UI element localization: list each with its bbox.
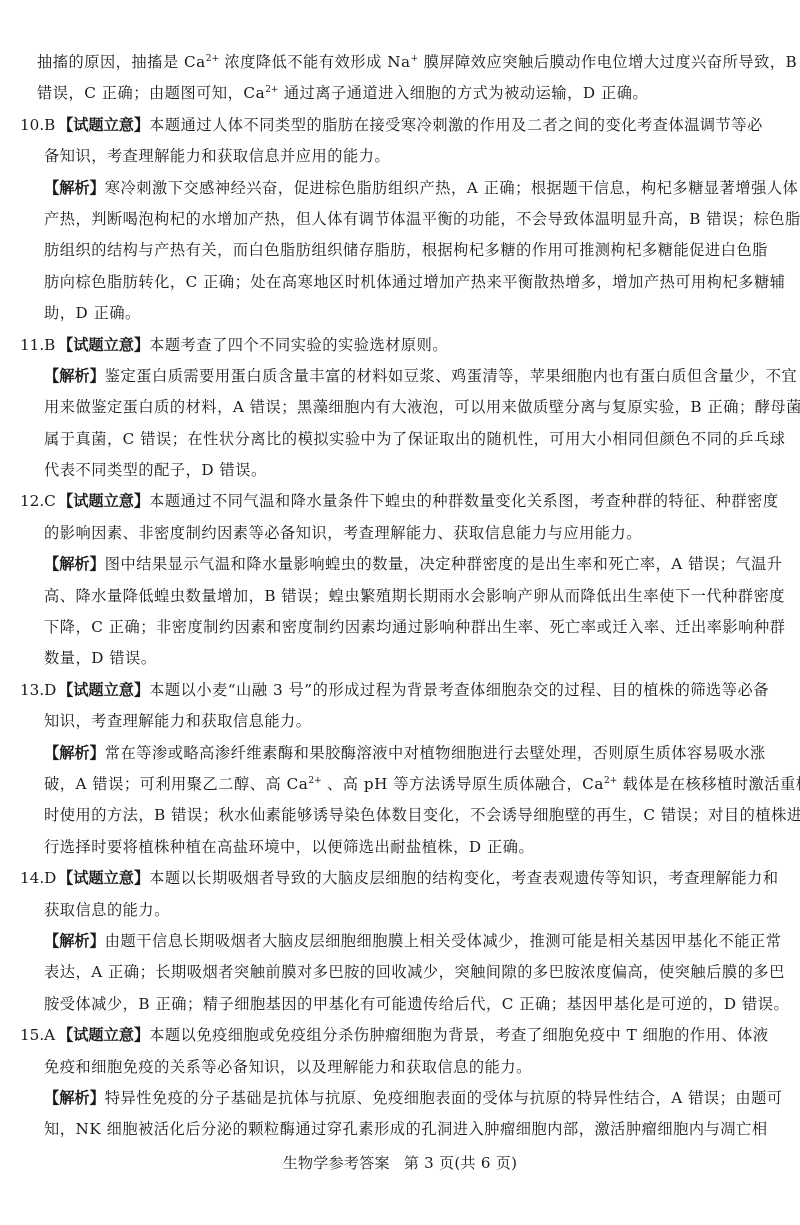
analysis-tag: 【解析】 (44, 367, 105, 385)
question-intent-line: 知识，考查理解能力和获取信息能力。 (0, 706, 800, 737)
question-15: 15.A【试题立意】本题以免疫细胞或免疫组分杀伤肿瘤细胞为背景，考查了细胞免疫中… (0, 1020, 800, 1146)
page-footer: 生物学参考答案第 3 页(共 6 页) (0, 1152, 800, 1173)
intent-tag: 【试题立意】 (58, 116, 149, 134)
analysis-line: 【解析】鉴定蛋白质需要用蛋白质含量丰富的材料如豆浆、鸡蛋清等，苹果细胞内也有蛋白… (0, 361, 800, 392)
answer-document: 抽搐的原因，抽搐是 Ca2+ 浓度降低不能有效形成 Na+ 膜屏障效应突触后膜动… (0, 47, 800, 1146)
analysis-line: 肪组织的结构与产热有关，而白色脂肪组织储存脂肪，根据枸杞多糖的作用可推测枸杞多糖… (0, 235, 800, 266)
analysis-tag: 【解析】 (44, 555, 105, 573)
analysis-line: 下降，C 正确；非密度制约因素和密度制约因素均通过影响种群出生率、死亡率或迁入率… (0, 612, 800, 643)
analysis-line: 知，NK 细胞被活化后分泌的颗粒酶通过穿孔素形成的孔洞进入肿瘤细胞内部，激活肿瘤… (0, 1114, 800, 1145)
analysis-tag: 【解析】 (44, 744, 105, 762)
question-number: 10.B (20, 110, 58, 141)
analysis-line: 【解析】由题干信息长期吸烟者大脑皮层细胞细胞膜上相关受体减少，推测可能是相关基因… (0, 926, 800, 957)
analysis-line: 用来做鉴定蛋白质的材料，A 错误；黑藻细胞内有大液泡，可以用来做质壁分离与复原实… (0, 392, 800, 423)
continuation-line: 错误，C 正确；由题图可知，Ca2+ 通过离子通道进入细胞的方式为被动运输，D … (0, 78, 800, 109)
analysis-tag: 【解析】 (44, 179, 105, 197)
question-number: 13.D (20, 675, 58, 706)
analysis-line: 行选择时要将植株种植在高盐环境中，以便筛选出耐盐植株，D 正确。 (0, 832, 800, 863)
analysis-line: 数量，D 错误。 (0, 643, 800, 674)
analysis-line: 高、降水量降低蝗虫数量增加，B 错误；蝗虫繁殖期长期雨水会影响产卵从而降低出生率… (0, 581, 800, 612)
continuation-line: 抽搐的原因，抽搐是 Ca2+ 浓度降低不能有效形成 Na+ 膜屏障效应突触后膜动… (0, 47, 800, 78)
intent-tag: 【试题立意】 (58, 869, 149, 887)
question-intent-line: 10.B【试题立意】本题通过人体不同类型的脂肪在接受寒冷刺激的作用及二者之间的变… (0, 110, 800, 141)
analysis-line: 【解析】图中结果显示气温和降水量影响蝗虫的数量，决定种群密度的是出生率和死亡率，… (0, 549, 800, 580)
page-number: 第 3 页(共 6 页) (404, 1154, 517, 1172)
footer-title: 生物学参考答案 (283, 1154, 390, 1172)
analysis-line: 属于真菌，C 错误；在性状分离比的模拟实验中为了保证取出的随机性，可用大小相同但… (0, 424, 800, 455)
question-intent-line: 13.D【试题立意】本题以小麦“山融 3 号”的形成过程为背景考查体细胞杂交的过… (0, 675, 800, 706)
analysis-line: 【解析】寒冷刺激下交感神经兴奋，促进棕色脂肪组织产热，A 正确；根据题干信息，枸… (0, 173, 800, 204)
analysis-line: 胺受体减少，B 正确；精子细胞基因的甲基化有可能遗传给后代，C 正确；基因甲基化… (0, 989, 800, 1020)
question-number: 11.B (20, 330, 58, 361)
question-intent-line: 12.C【试题立意】本题通过不同气温和降水量条件下蝗虫的种群数量变化关系图，考查… (0, 486, 800, 517)
intent-tag: 【试题立意】 (58, 336, 149, 354)
analysis-line: 产热，判断喝泡枸杞的水增加产热，但人体有调节体温平衡的功能，不会导致体温明显升高… (0, 204, 800, 235)
analysis-line: 助，D 正确。 (0, 298, 800, 329)
question-intent-line: 15.A【试题立意】本题以免疫细胞或免疫组分杀伤肿瘤细胞为背景，考查了细胞免疫中… (0, 1020, 800, 1051)
analysis-tag: 【解析】 (44, 1089, 105, 1107)
question-intent-line: 获取信息的能力。 (0, 895, 800, 926)
intent-tag: 【试题立意】 (58, 681, 149, 699)
question-number: 14.D (20, 863, 58, 894)
question-intent-line: 免疫和细胞免疫的关系等必备知识，以及理解能力和获取信息的能力。 (0, 1052, 800, 1083)
analysis-line: 时使用的方法，B 错误；秋水仙素能够诱导染色体数目变化，不会诱导细胞壁的再生，C… (0, 800, 800, 831)
intent-tag: 【试题立意】 (58, 1026, 149, 1044)
question-11: 11.B【试题立意】本题考查了四个不同实验的实验选材原则。 【解析】鉴定蛋白质需… (0, 330, 800, 487)
question-number: 12.C (20, 486, 58, 517)
question-intent-line: 备知识，考查理解能力和获取信息并应用的能力。 (0, 141, 800, 172)
question-10: 10.B【试题立意】本题通过人体不同类型的脂肪在接受寒冷刺激的作用及二者之间的变… (0, 110, 800, 330)
question-14: 14.D【试题立意】本题以长期吸烟者导致的大脑皮层细胞的结构变化，考查表观遗传等… (0, 863, 800, 1020)
intent-tag: 【试题立意】 (58, 492, 149, 510)
question-number: 15.A (20, 1020, 58, 1051)
analysis-line: 【解析】特异性免疫的分子基础是抗体与抗原、免疫细胞表面的受体与抗原的特异性结合，… (0, 1083, 800, 1114)
question-13: 13.D【试题立意】本题以小麦“山融 3 号”的形成过程为背景考查体细胞杂交的过… (0, 675, 800, 863)
question-intent-line: 14.D【试题立意】本题以长期吸烟者导致的大脑皮层细胞的结构变化，考查表观遗传等… (0, 863, 800, 894)
analysis-line: 破，A 错误；可利用聚乙二醇、高 Ca2+ 、高 pH 等方法诱导原生质体融合，… (0, 769, 800, 800)
question-intent-line: 11.B【试题立意】本题考查了四个不同实验的实验选材原则。 (0, 330, 800, 361)
question-12: 12.C【试题立意】本题通过不同气温和降水量条件下蝗虫的种群数量变化关系图，考查… (0, 486, 800, 674)
question-intent-line: 的影响因素、非密度制约因素等必备知识，考查理解能力、获取信息能力与应用能力。 (0, 518, 800, 549)
analysis-line: 肪向棕色脂肪转化，C 正确；处在高寒地区时机体通过增加产热来平衡散热增多，增加产… (0, 267, 800, 298)
analysis-line: 代表不同类型的配子，D 错误。 (0, 455, 800, 486)
analysis-line: 【解析】常在等渗或略高渗纤维素酶和果胶酶溶液中对植物细胞进行去壁处理，否则原生质… (0, 738, 800, 769)
analysis-tag: 【解析】 (44, 932, 105, 950)
analysis-line: 表达，A 正确；长期吸烟者突触前膜对多巴胺的回收减少，突触间隙的多巴胺浓度偏高，… (0, 957, 800, 988)
